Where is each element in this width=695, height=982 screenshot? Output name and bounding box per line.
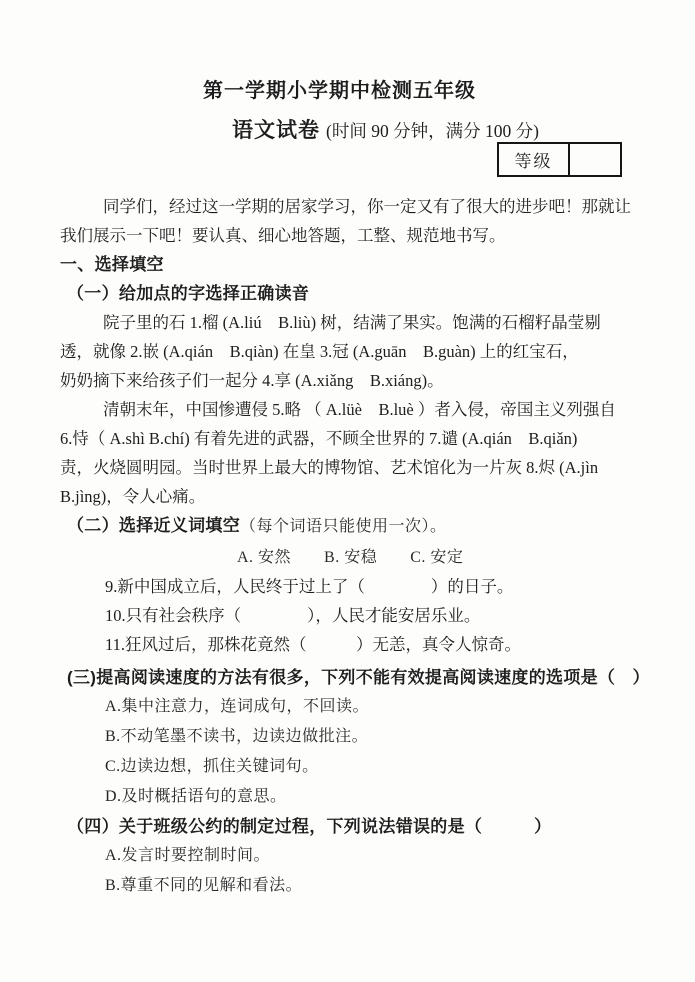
subsection-2-heading-bold: （二）选择近义词填空 <box>67 516 240 535</box>
passage-line: B.jìng)，令人心痛。 <box>60 482 675 511</box>
section-one-heading: 一、选择填空 <box>60 250 675 279</box>
passage-line: 奶奶摘下来给孩子们一起分 4.享 (A.xiǎng B.xiáng)。 <box>60 366 675 395</box>
passage-line: 透，就像 2.嵌 (A.qián B.qiàn) 在皇 3.冠 (A.guān … <box>60 337 675 366</box>
grade-label-cell: 等级 <box>499 144 570 175</box>
grade-box: 等级 <box>497 142 622 177</box>
option-item: A.发言时要控制时间。 <box>60 841 675 871</box>
paper-name: 语文试卷 <box>232 119 320 142</box>
exam-paper-page: 第一学期小学期中检测五年级 语文试卷(时间 90 分钟，满分 100 分) 等级… <box>0 0 695 982</box>
intro-line: 我们展示一下吧！要认真、细心地答题，工整、规范地书写。 <box>60 221 675 250</box>
option-item: C.边读边想，抓住关键词句。 <box>60 752 675 782</box>
question-item: 9.新中国成立后，人民终于过上了（ ）的日子。 <box>60 572 675 601</box>
subsection-3-heading: (三)提高阅读速度的方法有很多，下列不能有效提高阅读速度的选项是（ ） <box>60 663 675 692</box>
subsection-4-heading: （四）关于班级公约的制定过程，下列说法错误的是（ ） <box>60 812 675 841</box>
option-item: B.尊重不同的见解和看法。 <box>60 871 675 901</box>
option-item: D.及时概括语句的意思。 <box>60 782 675 812</box>
option-item: B.不动笔墨不读书，边读边做批注。 <box>60 722 675 752</box>
grade-value-cell <box>570 144 620 175</box>
word-bank: A. 安然 B. 安稳 C. 安定 <box>60 543 675 572</box>
intro-line: 同学们，经过这一学期的居家学习，你一定又有了很大的进步吧！那就让 <box>60 192 675 221</box>
passage-line: 6.恃（ A.shì B.chí) 有着先进的武器，不顾全世界的 7.谴 (A.… <box>60 424 675 453</box>
passage-line: 清朝末年，中国惨遭侵 5.略 （ A.lüè B.luè ）者入侵，帝国主义列强… <box>60 395 675 424</box>
paper-body: 同学们，经过这一学期的居家学习，你一定又有了很大的进步吧！那就让 我们展示一下吧… <box>0 192 695 901</box>
passage-line: 责，火烧圆明园。当时世界上最大的博物馆、艺术馆化为一片灰 8.烬 (A.jìn <box>60 453 675 482</box>
paper-info: (时间 90 分钟，满分 100 分) <box>326 121 539 141</box>
subsection-2-heading-note: （每个词语只能使用一次）。 <box>240 518 447 535</box>
question-item: 11.狂风过后，那株花竟然（ ）无恙，真令人惊奇。 <box>60 630 675 659</box>
option-item: A.集中注意力，连词成句，不回读。 <box>60 692 675 722</box>
subsection-1-heading: （一）给加点的字选择正确读音 <box>60 279 675 308</box>
page-title: 第一学期小学期中检测五年级 <box>0 78 687 104</box>
subsection-2-heading: （二）选择近义词填空（每个词语只能使用一次）。 <box>60 511 675 540</box>
passage-line: 院子里的石 1.榴 (A.liú B.liù) 树，结满了果实。饱满的石榴籽晶莹… <box>60 308 675 337</box>
question-item: 10.只有社会秩序（ ），人民才能安居乐业。 <box>60 601 675 630</box>
